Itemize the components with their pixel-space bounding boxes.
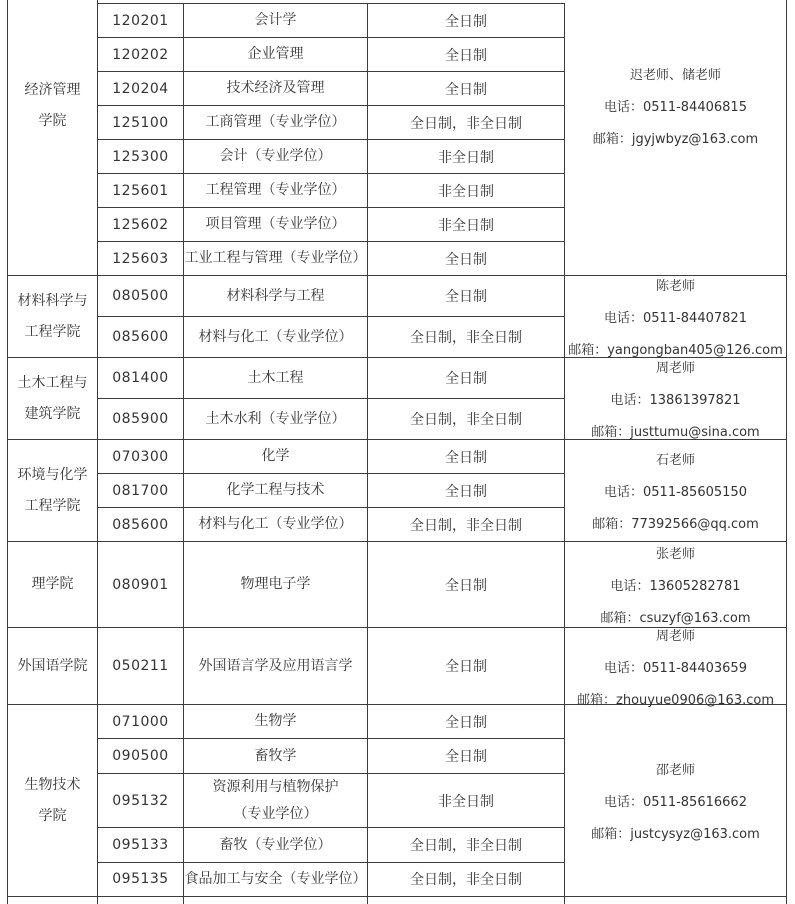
contact-cell: 迟老师、储老师电话：0511-84406815邮箱：jgyjwbyz@163.c… <box>565 0 786 275</box>
college-name: 经济管理学院 <box>25 75 81 135</box>
study-mode-cell: 非全日制 <box>368 208 565 241</box>
program-code-cell: 050211 <box>98 628 184 704</box>
rows-wrap: 050211外国语言学及应用语言学全日制 <box>98 628 565 704</box>
contact-cell: 陈老师电话：0511-84407821邮箱：yangongban405@126.… <box>565 276 786 357</box>
program-name-line: 土木工程 <box>248 365 304 392</box>
contact-cell: 石老师电话：0511-85605150邮箱：77392566@qq.com <box>565 440 786 541</box>
table-row: 120202企业管理全日制 <box>98 38 565 72</box>
contact-cell: 周老师电话：13861397821邮箱：justtumu@sina.com <box>565 358 786 439</box>
study-mode-cell: 全日制 <box>368 358 565 398</box>
college-cell: 生物技术学院 <box>8 705 98 896</box>
program-name-cell <box>184 897 368 904</box>
contact-email: 邮箱：77392566@qq.com <box>592 513 759 532</box>
college-cell: 材料科学与工程学院 <box>8 276 98 357</box>
contact-info: 邵老师电话：0511-85616662邮箱：justcysyz@163.com <box>591 759 760 842</box>
program-name-cell: 畜牧（专业学位） <box>184 828 368 861</box>
contact-teacher-name: 邵老师 <box>591 759 760 778</box>
program-code-cell: 125300 <box>98 140 184 173</box>
program-name-line: 食品加工与安全（专业学位） <box>185 866 367 893</box>
college-name: 外国语学院 <box>18 651 88 681</box>
college-name-line: 理学院 <box>32 569 74 599</box>
college-name: 土木工程与建筑学院 <box>18 368 88 428</box>
program-code-cell: 095135 <box>98 863 184 896</box>
contact-email: 邮箱：justtumu@sina.com <box>591 421 759 440</box>
contact-teacher-name: 周老师 <box>591 357 759 376</box>
contact-info: 张老师电话：13605282781邮箱：csuzyf@163.com <box>601 543 751 626</box>
program-name-line: 材料与化工（专业学位） <box>199 324 353 351</box>
program-name-line: 技术经济及管理 <box>227 75 325 102</box>
program-name-cell: 化学 <box>184 440 368 473</box>
program-code-cell: 085900 <box>98 399 184 439</box>
rows-wrap: 081400土木工程全日制085900土木水利（专业学位）全日制，非全日制 <box>98 358 565 439</box>
study-mode-cell: 非全日制 <box>368 174 565 207</box>
program-code-cell: 071000 <box>98 705 184 738</box>
contact-email: 邮箱：csuzyf@163.com <box>601 607 751 626</box>
contact-info: 陈老师电话：0511-84407821邮箱：yangongban405@126.… <box>568 275 783 358</box>
program-name-cell: 化学工程与技术 <box>184 474 368 507</box>
table-row: 050211外国语言学及应用语言学全日制 <box>98 628 565 704</box>
rows-wrap: 070300化学全日制081700化学工程与技术全日制085600材料与化工（专… <box>98 440 565 541</box>
college-name-line: 环境与化学 <box>18 460 88 490</box>
program-name-cell: 工业工程与管理（专业学位） <box>184 242 368 275</box>
program-code-cell: 120204 <box>98 72 184 105</box>
program-name-line: 企业管理 <box>248 41 304 68</box>
program-code-cell: 120202 <box>98 38 184 71</box>
contact-teacher-name: 周老师 <box>577 625 774 644</box>
contact-info: 周老师电话：13861397821邮箱：justtumu@sina.com <box>591 357 759 440</box>
contact-email: 邮箱：jgyjwbyz@163.com <box>593 128 758 147</box>
program-code-cell: 125602 <box>98 208 184 241</box>
program-name-line: 土木水利（专业学位） <box>206 406 346 433</box>
program-name-line: 生物学 <box>255 708 297 735</box>
table-row <box>98 897 565 904</box>
table-row: 095132资源利用与植物保护（专业学位）非全日制 <box>98 774 565 828</box>
program-name-line: 畜牧（专业学位） <box>220 832 332 859</box>
study-mode-cell <box>368 897 565 904</box>
rows-wrap <box>98 897 565 904</box>
contact-phone: 电话：0511-84407821 <box>568 307 783 326</box>
program-code-cell: 090500 <box>98 739 184 772</box>
table-section: 材料科学与工程学院080500材料科学与工程全日制085600材料与化工（专业学… <box>8 276 786 358</box>
program-name-line: 材料与化工（专业学位） <box>199 511 353 538</box>
study-mode-cell: 全日制，非全日制 <box>368 508 565 541</box>
table-row: 125601工程管理（专业学位）非全日制 <box>98 174 565 208</box>
table-row: 120201会计学全日制 <box>98 3 565 38</box>
program-name-line: 化学 <box>262 443 290 470</box>
program-name-line: （专业学位） <box>234 801 318 828</box>
study-mode-cell: 全日制 <box>368 276 565 316</box>
table-section: 生物技术学院071000生物学全日制090500畜牧学全日制095132资源利用… <box>8 705 786 897</box>
contact-info: 石老师电话：0511-85605150邮箱：77392566@qq.com <box>592 449 759 532</box>
table-row: 125602项目管理（专业学位）非全日制 <box>98 208 565 242</box>
college-cell: 经济管理学院 <box>8 0 98 275</box>
table-row: 080901物理电子学全日制 <box>98 542 565 627</box>
program-name-line: 资源利用与植物保护 <box>213 774 339 801</box>
college-name: 生物技术学院 <box>25 770 81 830</box>
program-code-cell <box>98 897 184 904</box>
study-mode-cell: 非全日制 <box>368 774 565 827</box>
contact-phone: 电话：13605282781 <box>601 575 751 594</box>
program-name-cell: 生物学 <box>184 705 368 738</box>
college-cell <box>8 897 98 904</box>
contact-phone: 电话：0511-84403659 <box>577 657 774 676</box>
table-row: 081700化学工程与技术全日制 <box>98 474 565 508</box>
program-name-cell: 工商管理（专业学位） <box>184 106 368 139</box>
contact-teacher-name: 陈老师 <box>568 275 783 294</box>
program-name-cell: 食品加工与安全（专业学位） <box>184 863 368 896</box>
table-section: 理学院080901物理电子学全日制张老师电话：13605282781邮箱：csu… <box>8 542 786 628</box>
college-cell: 环境与化学工程学院 <box>8 440 98 541</box>
contact-phone: 电话：13861397821 <box>591 389 759 408</box>
college-cell: 理学院 <box>8 542 98 627</box>
program-code-cell: 125601 <box>98 174 184 207</box>
rows-wrap: 120201会计学全日制120202企业管理全日制120204技术经济及管理全日… <box>98 0 565 275</box>
rows-wrap: 071000生物学全日制090500畜牧学全日制095132资源利用与植物保护（… <box>98 705 565 896</box>
contact-teacher-name: 迟老师、储老师 <box>593 64 758 83</box>
program-name-line: 工业工程与管理（专业学位） <box>185 245 367 272</box>
study-mode-cell: 全日制 <box>368 38 565 71</box>
study-mode-cell: 全日制 <box>368 242 565 275</box>
contact-phone: 电话：0511-84406815 <box>593 96 758 115</box>
contact-cell: 邵老师电话：0511-85616662邮箱：justcysyz@163.com <box>565 705 786 896</box>
college-name-line: 经济管理 <box>25 75 81 105</box>
program-name-line: 工商管理（专业学位） <box>206 109 346 136</box>
contact-info: 周老师电话：0511-84403659邮箱：zhouyue0906@163.co… <box>577 625 774 708</box>
table-row: 125100工商管理（专业学位）全日制，非全日制 <box>98 106 565 140</box>
rows-wrap: 080901物理电子学全日制 <box>98 542 565 627</box>
study-mode-cell: 全日制 <box>368 440 565 473</box>
program-name-cell: 畜牧学 <box>184 739 368 772</box>
table: 经济管理学院120201会计学全日制120202企业管理全日制120204技术经… <box>7 0 787 904</box>
study-mode-cell: 非全日制 <box>368 140 565 173</box>
program-name-cell: 材料科学与工程 <box>184 276 368 316</box>
table-row: 085600材料与化工（专业学位）全日制，非全日制 <box>98 317 565 357</box>
program-name-cell: 企业管理 <box>184 38 368 71</box>
study-mode-cell: 全日制 <box>368 705 565 738</box>
table-row: 125300会计（专业学位）非全日制 <box>98 140 565 174</box>
table-section: 外国语学院050211外国语言学及应用语言学全日制周老师电话：0511-8440… <box>8 628 786 705</box>
table-row: 095135食品加工与安全（专业学位）全日制，非全日制 <box>98 863 565 896</box>
program-name-cell: 材料与化工（专业学位） <box>184 508 368 541</box>
table-section: 环境与化学工程学院070300化学全日制081700化学工程与技术全日制0856… <box>8 440 786 542</box>
program-code-cell: 095132 <box>98 774 184 827</box>
table-row: 070300化学全日制 <box>98 440 565 474</box>
program-name-line: 物理电子学 <box>241 571 311 598</box>
table-row: 090500畜牧学全日制 <box>98 739 565 773</box>
program-name-line: 会计学 <box>255 7 297 34</box>
program-name-cell: 物理电子学 <box>184 542 368 627</box>
study-mode-cell: 全日制，非全日制 <box>368 399 565 439</box>
study-mode-cell: 全日制 <box>368 628 565 704</box>
college-name-line: 外国语学院 <box>18 651 88 681</box>
program-name-cell: 材料与化工（专业学位） <box>184 317 368 357</box>
contact-email: 邮箱：justcysyz@163.com <box>591 823 760 842</box>
study-mode-cell: 全日制 <box>368 474 565 507</box>
college-name-line: 学院 <box>25 801 81 831</box>
table-row: 080500材料科学与工程全日制 <box>98 276 565 317</box>
program-code-cell: 080901 <box>98 542 184 627</box>
table-row: 085600材料与化工（专业学位）全日制，非全日制 <box>98 508 565 541</box>
program-code-cell: 080500 <box>98 276 184 316</box>
program-name-line: 外国语言学及应用语言学 <box>199 653 353 680</box>
table-row: 120204技术经济及管理全日制 <box>98 72 565 106</box>
study-mode-cell: 全日制 <box>368 739 565 772</box>
college-name-line: 工程学院 <box>18 491 88 521</box>
table-section: 土木工程与建筑学院081400土木工程全日制085900土木水利（专业学位）全日… <box>8 358 786 440</box>
college-name-line: 生物技术 <box>25 770 81 800</box>
table-section <box>8 897 786 904</box>
college-name-line: 材料科学与 <box>18 286 88 316</box>
program-code-cell: 095133 <box>98 828 184 861</box>
contact-info: 迟老师、储老师电话：0511-84406815邮箱：jgyjwbyz@163.c… <box>593 64 758 147</box>
program-code-cell: 120201 <box>98 4 184 37</box>
program-name-line: 会计（专业学位） <box>220 143 332 170</box>
program-name-line: 材料科学与工程 <box>227 283 325 310</box>
program-code-cell: 085600 <box>98 317 184 357</box>
program-name-line: 畜牧学 <box>255 743 297 770</box>
program-name-line: 项目管理（专业学位） <box>206 211 346 238</box>
college-name-line: 建筑学院 <box>18 399 88 429</box>
contact-teacher-name: 石老师 <box>592 449 759 468</box>
study-mode-cell: 全日制，非全日制 <box>368 828 565 861</box>
table-row: 085900土木水利（专业学位）全日制，非全日制 <box>98 399 565 439</box>
program-name-cell: 外国语言学及应用语言学 <box>184 628 368 704</box>
college-cell: 土木工程与建筑学院 <box>8 358 98 439</box>
program-name-cell: 工程管理（专业学位） <box>184 174 368 207</box>
study-mode-cell: 全日制 <box>368 542 565 627</box>
study-mode-cell: 全日制，非全日制 <box>368 106 565 139</box>
contact-cell: 张老师电话：13605282781邮箱：csuzyf@163.com <box>565 542 786 627</box>
contact-cell <box>565 897 786 904</box>
contact-phone: 电话：0511-85605150 <box>592 481 759 500</box>
college-name: 材料科学与工程学院 <box>18 286 88 346</box>
study-mode-cell: 全日制，非全日制 <box>368 317 565 357</box>
college-name-line: 学院 <box>25 106 81 136</box>
program-name-cell: 土木工程 <box>184 358 368 398</box>
contact-phone: 电话：0511-85616662 <box>591 791 760 810</box>
college-name-line: 土木工程与 <box>18 368 88 398</box>
table-section: 经济管理学院120201会计学全日制120202企业管理全日制120204技术经… <box>8 0 786 276</box>
college-name: 理学院 <box>32 569 74 599</box>
program-code-cell: 070300 <box>98 440 184 473</box>
program-name-cell: 技术经济及管理 <box>184 72 368 105</box>
program-code-cell: 125100 <box>98 106 184 139</box>
study-mode-cell: 全日制，非全日制 <box>368 863 565 896</box>
contact-cell: 周老师电话：0511-84403659邮箱：zhouyue0906@163.co… <box>565 628 786 704</box>
program-code-cell: 081400 <box>98 358 184 398</box>
college-name: 环境与化学工程学院 <box>18 460 88 520</box>
contact-email: 邮箱：yangongban405@126.com <box>568 339 783 358</box>
study-mode-cell: 全日制 <box>368 4 565 37</box>
college-name-line: 工程学院 <box>18 317 88 347</box>
program-code-cell: 085600 <box>98 508 184 541</box>
study-mode-cell: 全日制 <box>368 72 565 105</box>
page: 经济管理学院120201会计学全日制120202企业管理全日制120204技术经… <box>0 0 795 904</box>
program-name-cell: 会计（专业学位） <box>184 140 368 173</box>
program-name-cell: 资源利用与植物保护（专业学位） <box>184 774 368 827</box>
table-row: 095133畜牧（专业学位）全日制，非全日制 <box>98 828 565 862</box>
program-name-cell: 项目管理（专业学位） <box>184 208 368 241</box>
program-name-cell: 会计学 <box>184 4 368 37</box>
rows-wrap: 080500材料科学与工程全日制085600材料与化工（专业学位）全日制，非全日… <box>98 276 565 357</box>
program-code-cell: 125603 <box>98 242 184 275</box>
college-cell: 外国语学院 <box>8 628 98 704</box>
program-name-cell: 土木水利（专业学位） <box>184 399 368 439</box>
program-name-line: 化学工程与技术 <box>227 477 325 504</box>
table-row: 081400土木工程全日制 <box>98 358 565 399</box>
contact-teacher-name: 张老师 <box>601 543 751 562</box>
program-name-line: 工程管理（专业学位） <box>206 177 346 204</box>
table-row: 125603工业工程与管理（专业学位）全日制 <box>98 242 565 275</box>
table-row: 071000生物学全日制 <box>98 705 565 739</box>
program-code-cell: 081700 <box>98 474 184 507</box>
